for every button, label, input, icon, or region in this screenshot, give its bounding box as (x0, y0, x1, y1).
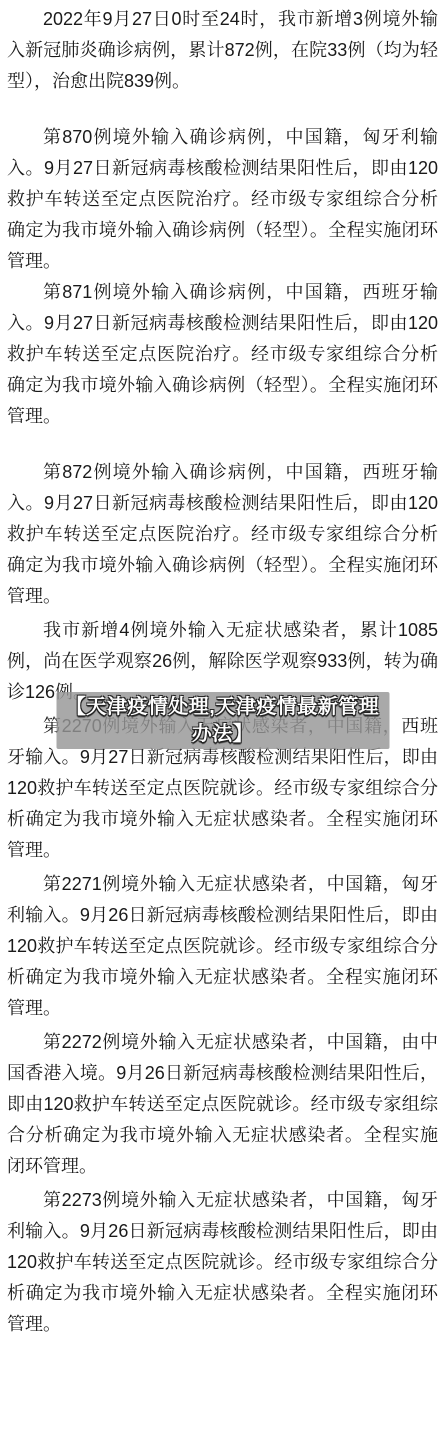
watermark-overlay: 【天津疫情处理,天津疫情最新管理办法】 (56, 692, 389, 749)
watermark-text: 【天津疫情处理,天津疫情最新管理办法】 (60, 694, 385, 748)
article-paragraph-3: 第871例境外输入确诊病例，中国籍，西班牙输入。9月27日新冠病毒核酸检测结果阳… (7, 277, 438, 432)
article-page: 2022年9月27日0时至24时，我市新增3例境外输入新冠肺炎确诊病例，累计87… (0, 0, 445, 1449)
article-paragraph-2: 第870例境外输入确诊病例，中国籍，匈牙利输入。9月27日新冠病毒核酸检测结果阳… (7, 122, 438, 277)
article-paragraph-4: 第872例境外输入确诊病例，中国籍，西班牙输入。9月27日新冠病毒核酸检测结果阳… (7, 457, 438, 612)
article-body: 2022年9月27日0时至24时，我市新增3例境外输入新冠肺炎确诊病例，累计87… (7, 4, 438, 1340)
article-paragraph-1: 2022年9月27日0时至24时，我市新增3例境外输入新冠肺炎确诊病例，累计87… (7, 4, 438, 97)
article-paragraph-9: 第2273例境外输入无症状感染者，中国籍，匈牙利输入。9月26日新冠病毒核酸检测… (7, 1185, 438, 1340)
article-paragraph-8: 第2272例境外输入无症状感染者，中国籍，由中国香港入境。9月26日新冠病毒核酸… (7, 1027, 438, 1182)
article-paragraph-7: 第2271例境外输入无症状感染者，中国籍，匈牙利输入。9月26日新冠病毒核酸检测… (7, 869, 438, 1024)
